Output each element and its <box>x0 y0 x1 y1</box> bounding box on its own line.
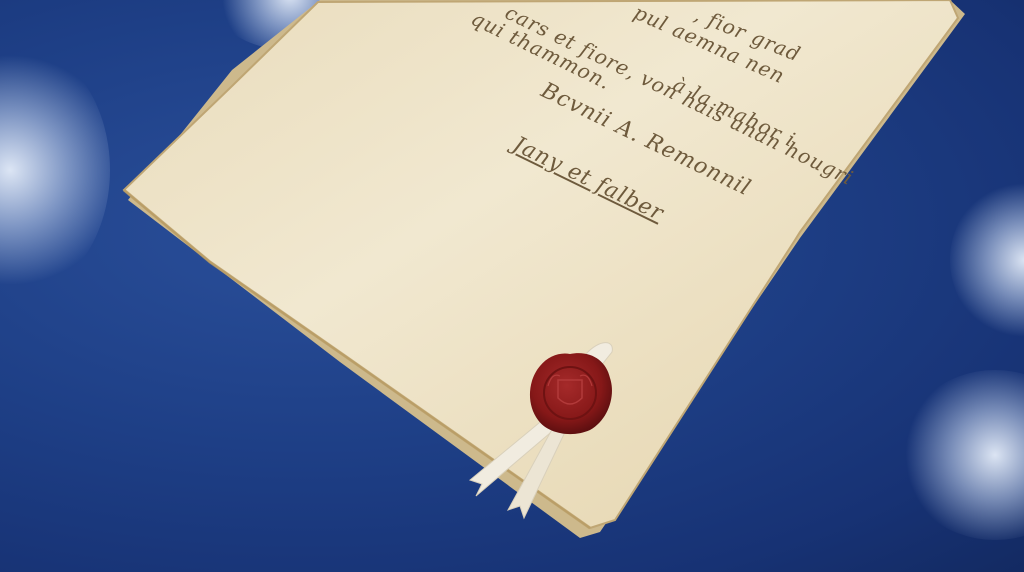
wax-seal-crest-icon <box>540 356 610 430</box>
parchment-letter: , fior grad pul aemna nen cars et fiore,… <box>0 0 1024 572</box>
parchment-shape <box>0 0 1024 572</box>
